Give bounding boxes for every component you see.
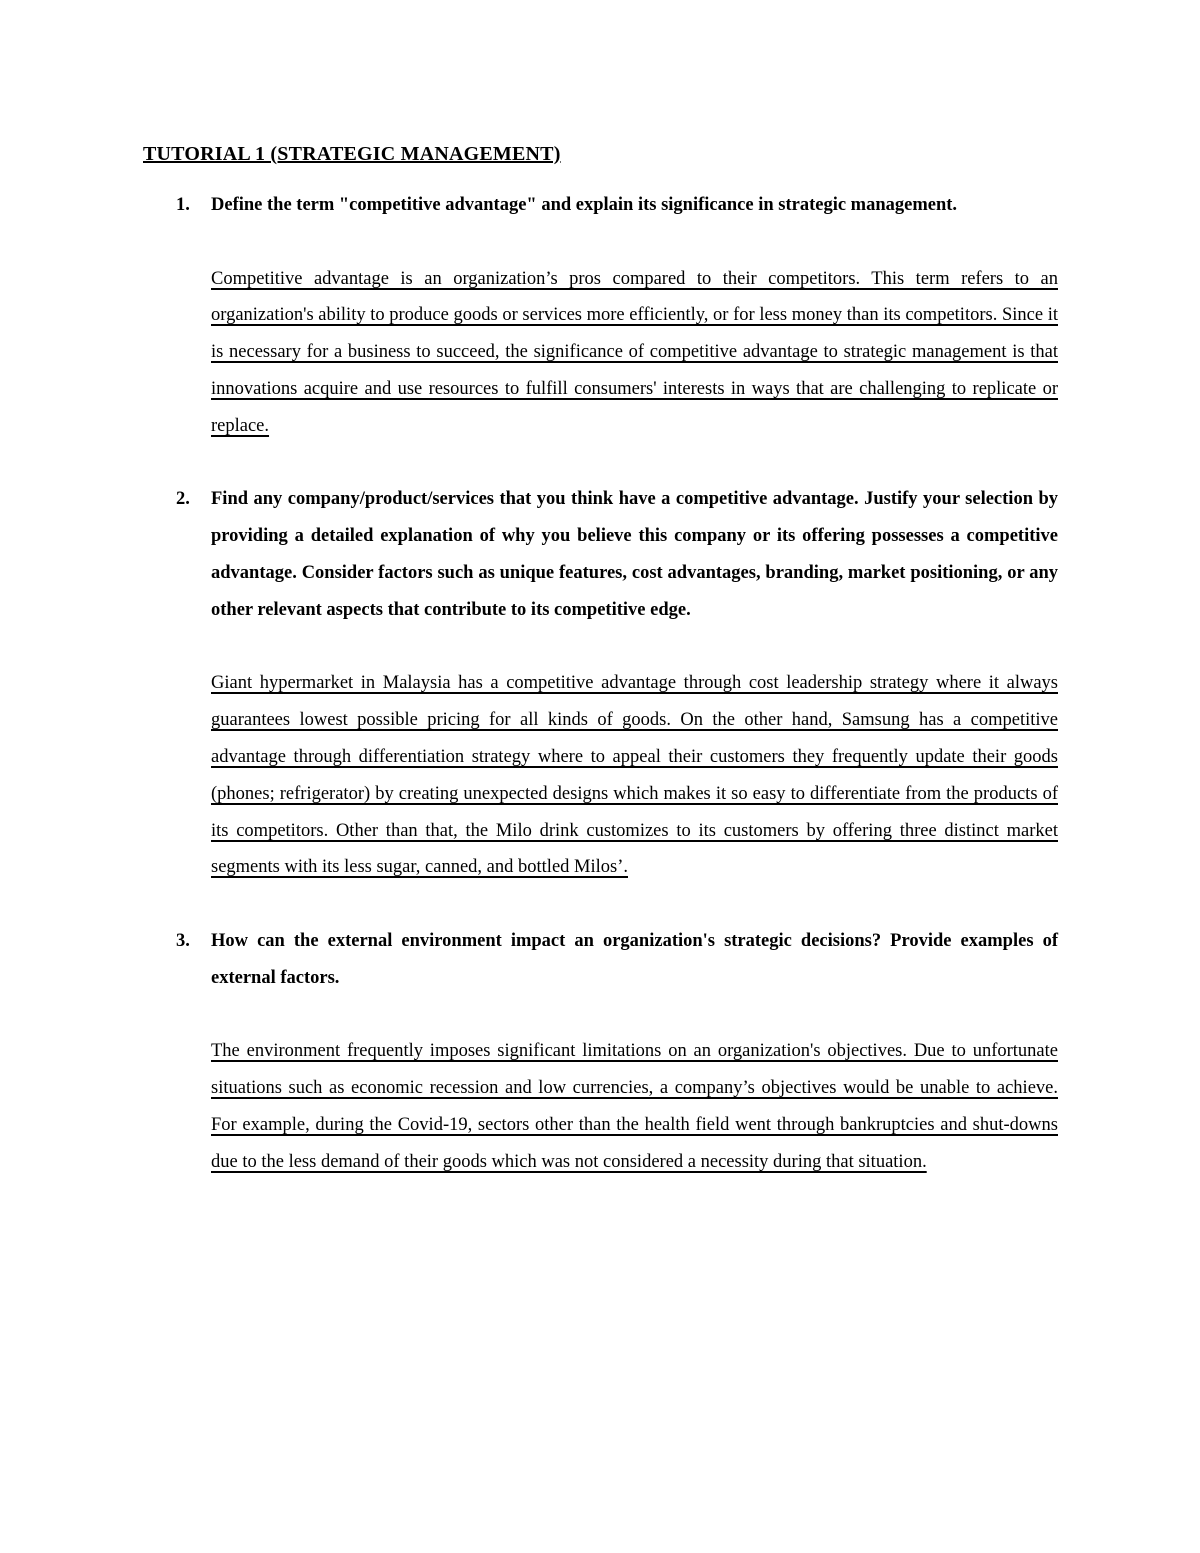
question-3-number: 3. [176, 923, 190, 960]
question-1-number: 1. [176, 187, 190, 224]
section-question-3: 3. How can the external environment impa… [143, 923, 1058, 1181]
answer-1-text: Competitive advantage is an organization… [211, 261, 1058, 445]
answer-2-text: Giant hypermarket in Malaysia has a comp… [211, 665, 1058, 886]
answer-3-text: The environment frequently imposes signi… [211, 1033, 1058, 1180]
question-3-text: How can the external environment impact … [211, 923, 1058, 997]
question-2-number: 2. [176, 481, 190, 518]
document-title: TUTORIAL 1 (STRATEGIC MANAGEMENT) [143, 141, 1058, 167]
section-question-2: 2. Find any company/product/services tha… [143, 481, 1058, 886]
section-question-1: 1. Define the term "competitive advantag… [143, 187, 1058, 445]
document-page: TUTORIAL 1 (STRATEGIC MANAGEMENT) 1. Def… [0, 0, 1200, 1553]
question-1-text: Define the term "competitive advantage" … [211, 187, 1058, 224]
question-2-text: Find any company/product/services that y… [211, 481, 1058, 628]
